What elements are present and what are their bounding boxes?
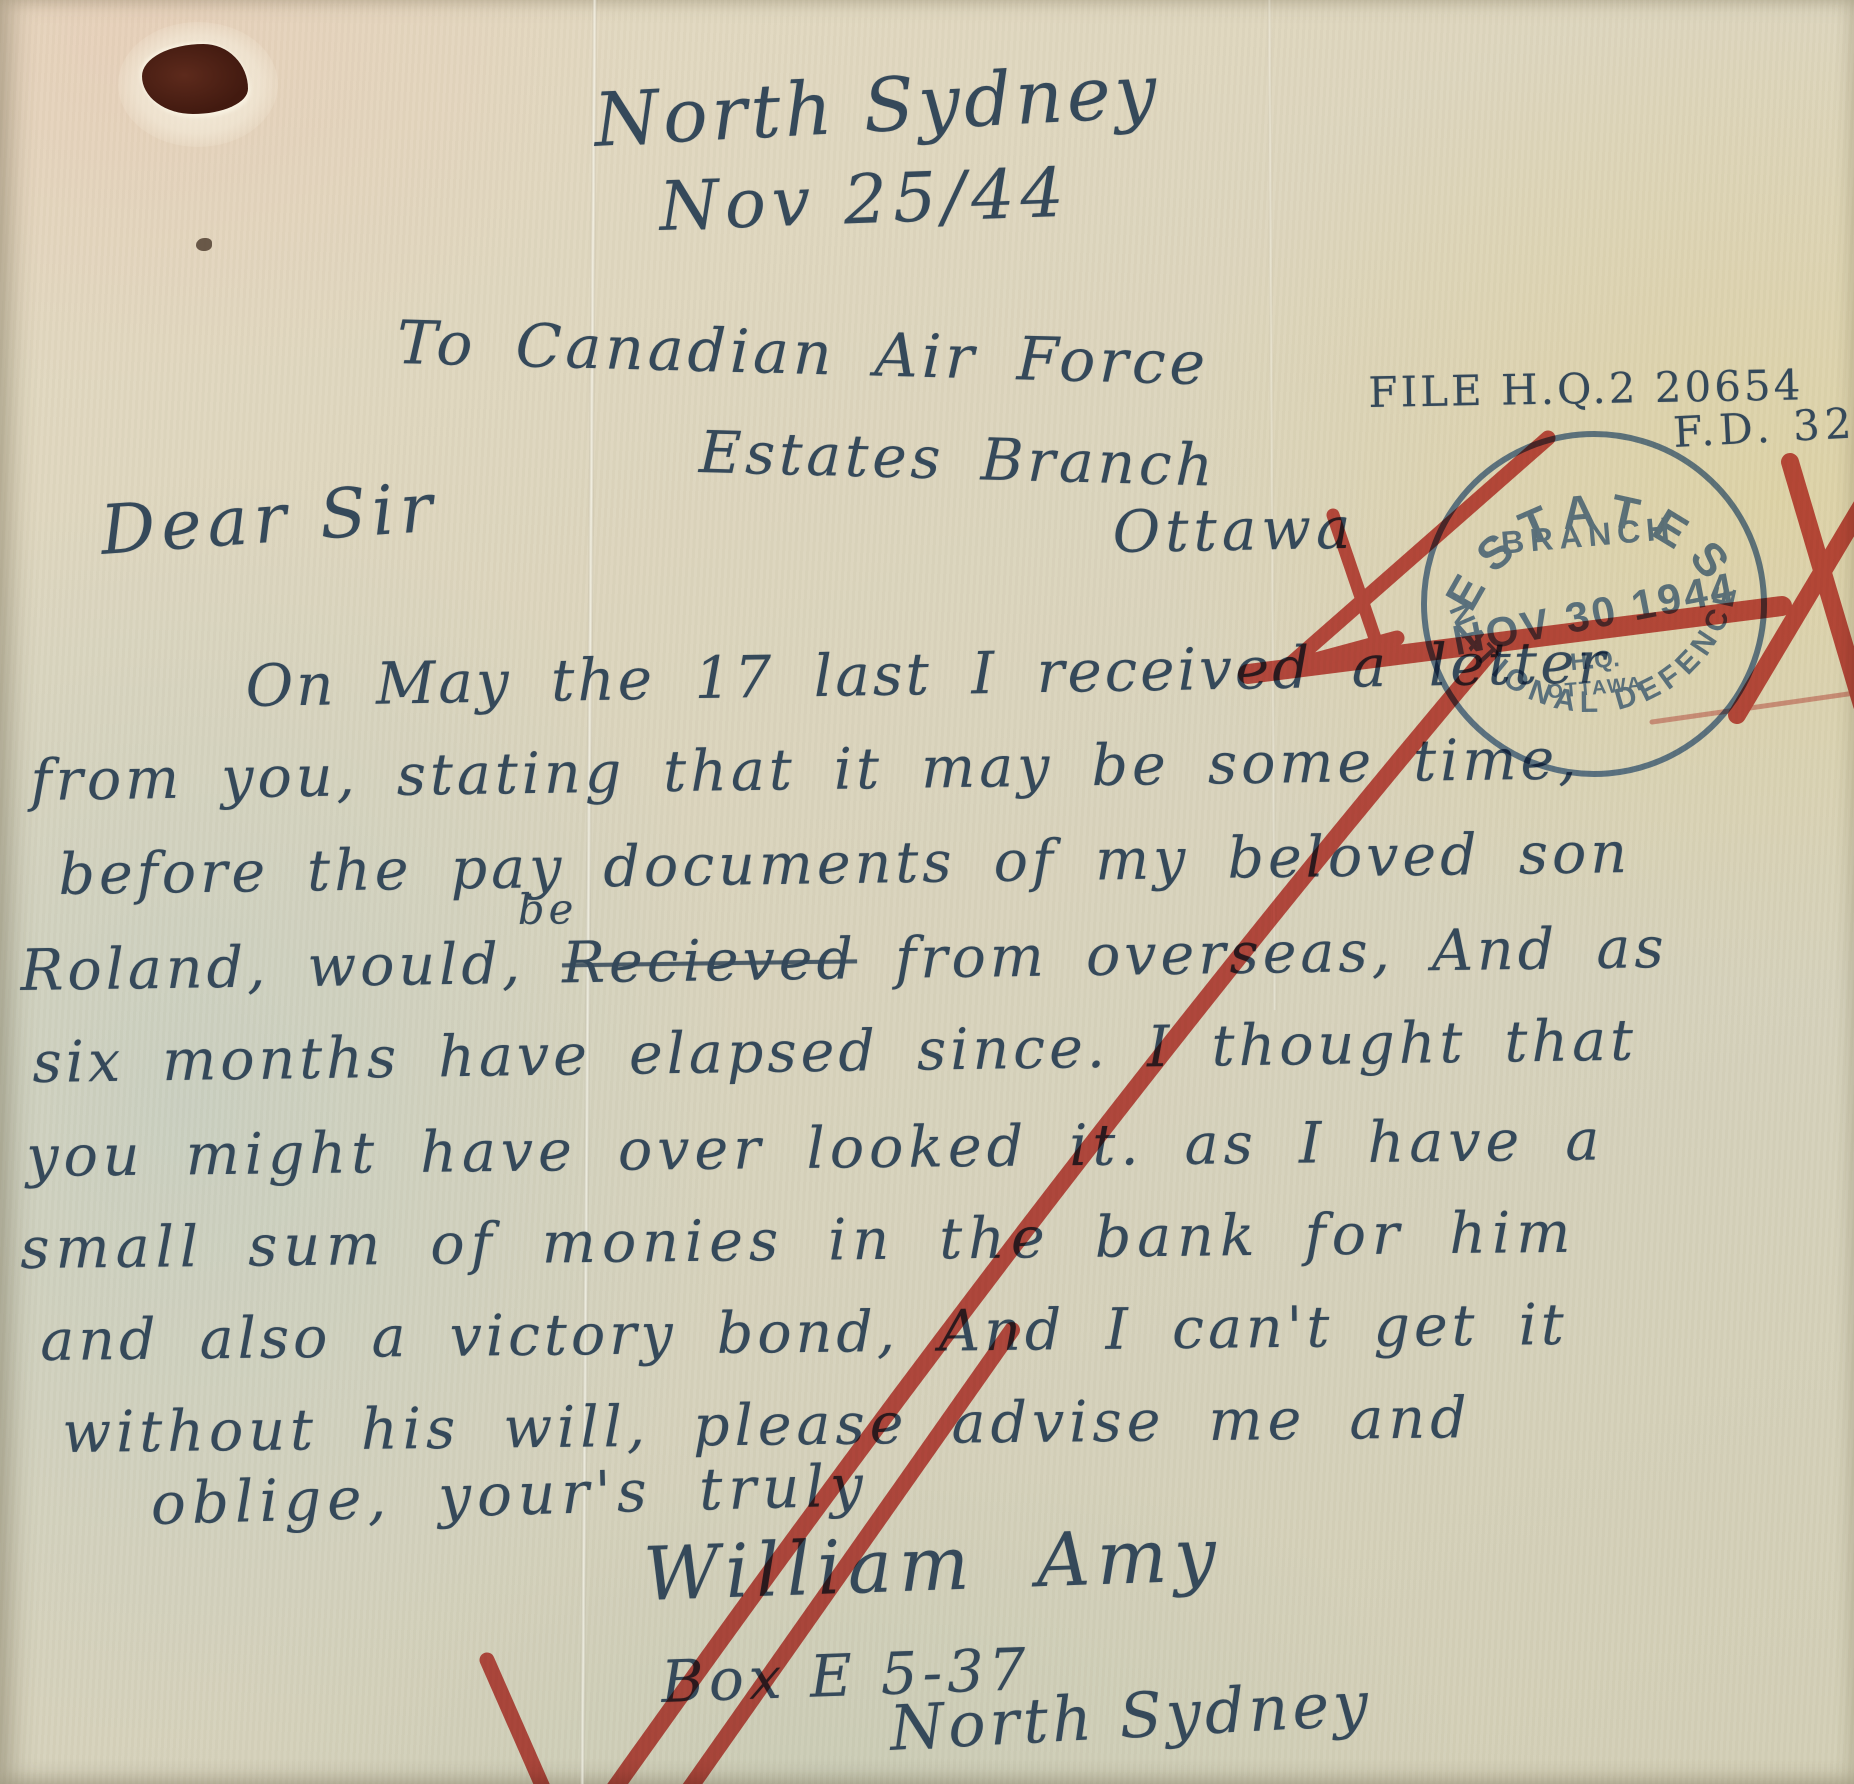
body-line-6: you might have over looked it. as I have… — [26, 1107, 1605, 1190]
large-check-left-arm — [487, 1660, 545, 1784]
body-line-4-start: Roland, would, — [20, 931, 524, 1004]
body-line-5: six months have elapsed since. I thought… — [32, 1008, 1637, 1096]
recipient-dept-line: Estates Branch — [698, 418, 1218, 500]
recipient-city-line: Ottawa — [1112, 494, 1356, 566]
salutation: Dear Sir — [98, 468, 441, 570]
right-edge-x-stroke-1 — [1790, 462, 1854, 705]
body-line-4-struck-word: Recieved — [562, 926, 858, 996]
heading-date: Nov 25/44 — [658, 154, 1071, 247]
body-line-1: On May the 17 last I received a letter — [245, 628, 1609, 720]
body-line-4-end: from overseas, And as — [895, 915, 1668, 992]
inserted-word-be: be — [517, 884, 577, 934]
body-line-4: Roland, would, Recieved from overseas, A… — [20, 915, 1668, 1004]
estates-branch-stamp: ESTATES NATIONAL DEFENCE BRANCH NOV 30 1… — [1392, 402, 1795, 805]
stamp-hq-text: H.Q. — [1569, 645, 1621, 676]
recipient-to-line: To Canadian Air Force — [396, 308, 1210, 399]
body-line-7: small sum of monies in the bank for him — [20, 1200, 1577, 1282]
stamp-graphic: ESTATES NATIONAL DEFENCE BRANCH NOV 30 1… — [1392, 402, 1795, 805]
body-line-2: from you, stating that it may be some ti… — [30, 726, 1581, 814]
body-line-10: oblige, your's truly — [150, 1451, 870, 1538]
paper-hole-tear — [142, 44, 248, 114]
heading-place: North Sydney — [592, 48, 1162, 164]
letter-page: North Sydney Nov 25/44 To Canadian Air F… — [0, 0, 1854, 1784]
signature-name: William Amy — [642, 1512, 1224, 1618]
body-line-3: before the pay documents of my beloved s… — [58, 820, 1631, 908]
body-line-8: and also a victory bond, And I can't get… — [40, 1292, 1568, 1374]
dark-speck — [196, 238, 212, 251]
